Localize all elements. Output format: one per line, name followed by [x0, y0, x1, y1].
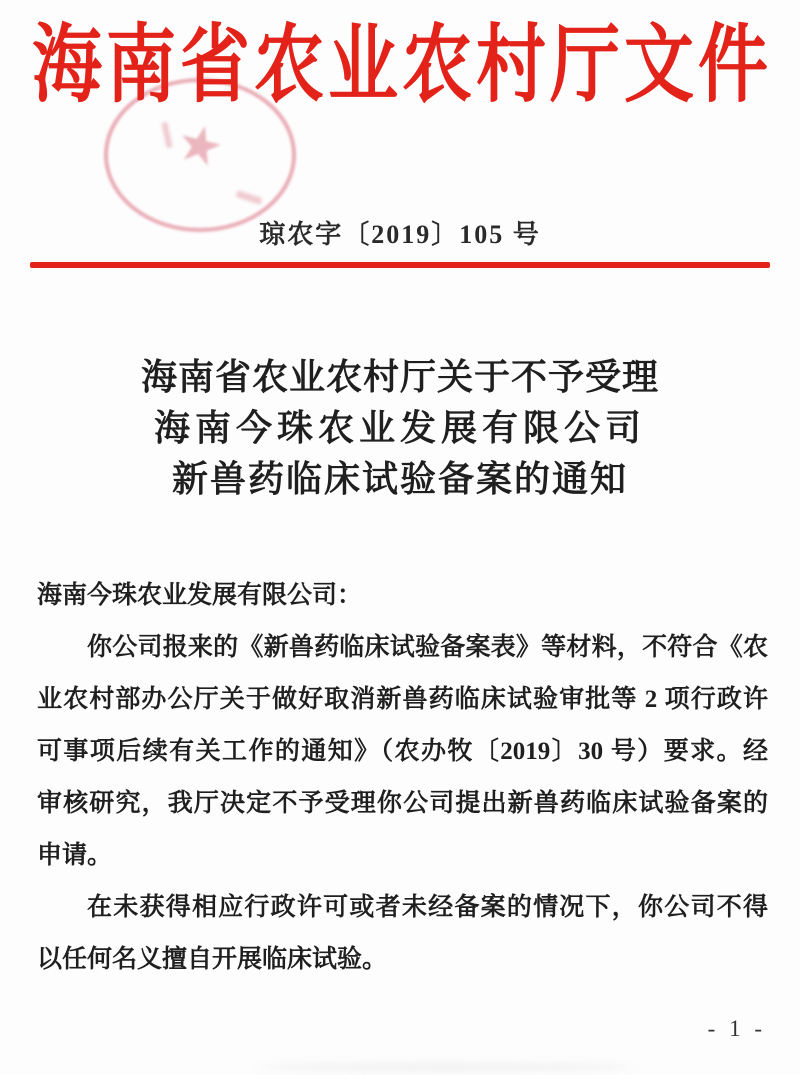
page-edge-shadow	[255, 1063, 635, 1071]
title-line-2: 海南今珠农业发展有限公司	[0, 403, 800, 454]
page-number: - 1 -	[708, 1016, 766, 1042]
document-title: 海南省农业农村厅关于不予受理 海南今珠农业发展有限公司 新兽药临床试验备案的通知	[0, 352, 800, 505]
body-line: 审核研究，我厅决定不予受理你公司提出新兽药临床试验备案的	[37, 778, 768, 830]
document-number: 琼农字〔2019〕105 号	[0, 214, 800, 251]
document-body: 海南今珠农业发展有限公司： 你公司报来的《新兽药临床试验备案表》等材料，不符合《…	[37, 570, 768, 986]
body-line: 申请。	[37, 830, 768, 882]
title-line-3: 新兽药临床试验备案的通知	[0, 454, 800, 505]
body-line: 在未获得相应行政许可或者未经备案的情况下，你公司不得	[37, 882, 768, 934]
agency-header-title: 海南省农业农村厅文件	[32, 22, 768, 112]
body-line: 以任何名义擅自开展临床试验。	[37, 934, 768, 986]
body-line: 可事项后续有关工作的通知》（农办牧〔2019〕30 号）要求。经	[37, 726, 768, 778]
red-divider-line	[30, 262, 770, 268]
document-page: ★ 海南省农业农村厅文件 琼农字〔2019〕105 号 海南省农业农村厅关于不予…	[0, 0, 800, 1075]
salutation: 海南今珠农业发展有限公司：	[37, 570, 768, 622]
seal-star-icon: ★	[171, 115, 229, 177]
seal-ink-mark	[236, 190, 263, 205]
seal-ink-mark	[161, 122, 172, 149]
body-line: 你公司报来的《新兽药临床试验备案表》等材料，不符合《农	[37, 622, 768, 674]
title-line-1: 海南省农业农村厅关于不予受理	[0, 352, 800, 403]
body-line: 业农村部办公厅关于做好取消新兽药临床试验审批等 2 项行政许	[37, 674, 768, 726]
